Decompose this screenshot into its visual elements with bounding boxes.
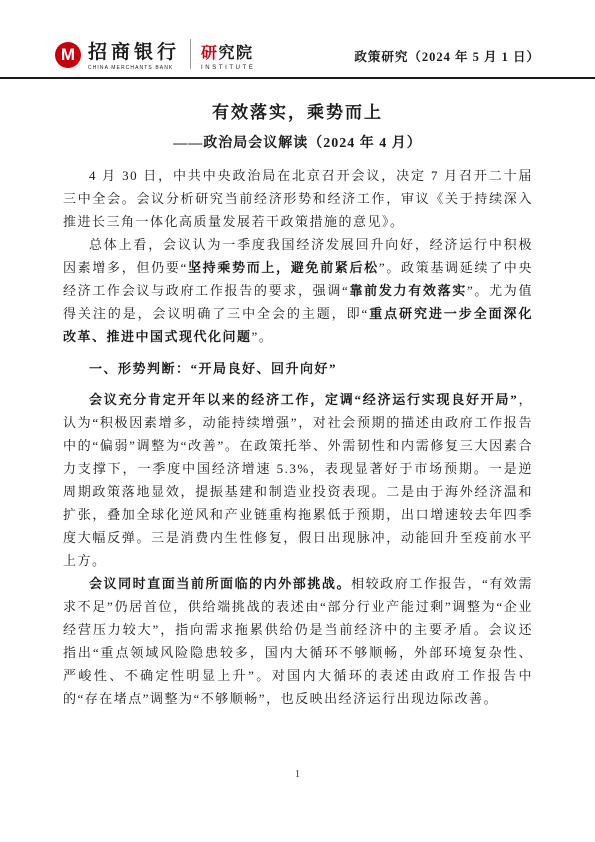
institute-name-en: INSTITUTE bbox=[201, 65, 255, 71]
bank-name-en: CHINA MERCHANTS BANK bbox=[88, 65, 180, 71]
institute-name-cn: 研究院 bbox=[201, 45, 255, 62]
emphasis-text: 会议同时直面当前所面临的内外部挑战。 bbox=[89, 576, 351, 591]
page-header: M 招商银行 CHINA MERCHANTS BANK 研究院 INSTITUT… bbox=[0, 0, 595, 79]
paragraph-text: 4 月 30 日，中共中央政治局在北京召开会议，决定 7 月召开二十届三中全会。… bbox=[63, 168, 533, 229]
paragraph-2: 总体上看，会议认为一季度我国经济发展回升向好，经济运行中积极因素增多，但仍要“坚… bbox=[63, 233, 533, 348]
paragraph-text: ”。 bbox=[252, 329, 274, 344]
bank-name-cn: 招商银行 bbox=[88, 43, 180, 63]
emphasis-text: 坚持乘势而上，避免前紧后松 bbox=[188, 260, 379, 275]
page-number: 1 bbox=[0, 769, 595, 780]
report-title: 有效落实，乘势而上 bbox=[0, 98, 595, 123]
emphasis-text: 会议充分肯定开年以来的经济工作，定调“经济运行实现良好开局” bbox=[89, 392, 518, 407]
paragraph-4: 会议同时直面当前所面临的内外部挑战。相较政府工作报告，“有效需求不足”仍居首位，… bbox=[63, 572, 533, 710]
emphasis-text: 靠前发力有效落实 bbox=[349, 283, 467, 298]
paragraph-text: 相较政府工作报告，“有效需求不足”仍居首位，供给端挑战的表述由“部分行业产能过剩… bbox=[63, 576, 533, 706]
cmb-logo: M 招商银行 CHINA MERCHANTS BANK 研究院 INSTITUT… bbox=[55, 39, 255, 71]
logo-divider bbox=[190, 39, 191, 69]
bank-name-block: 招商银行 CHINA MERCHANTS BANK bbox=[88, 43, 180, 71]
section-heading-1: 一、形势判断：“开局良好、回升向好” bbox=[63, 357, 533, 380]
paragraph-1: 4 月 30 日，中共中央政治局在北京召开会议，决定 7 月召开二十届三中全会。… bbox=[63, 164, 533, 233]
institute-block: 研究院 INSTITUTE bbox=[201, 45, 255, 71]
report-subtitle: ——政治局会议解读（2024 年 4 月） bbox=[0, 132, 595, 152]
document-page: M 招商银行 CHINA MERCHANTS BANK 研究院 INSTITUT… bbox=[0, 0, 595, 842]
document-body: 4 月 30 日，中共中央政治局在北京召开会议，决定 7 月召开二十届三中全会。… bbox=[63, 164, 533, 710]
doc-type-date-label: 政策研究（2024 年 5 月 1 日） bbox=[354, 47, 540, 65]
paragraph-3: 会议充分肯定开年以来的经济工作，定调“经济运行实现良好开局”，认为“积极因素增多… bbox=[63, 388, 533, 572]
paragraph-text: ，认为“积极因素增多，动能持续增强”，对社会预期的描述由政府工作报告中的“偏弱”… bbox=[63, 392, 533, 568]
cmb-logo-icon: M bbox=[55, 42, 81, 68]
